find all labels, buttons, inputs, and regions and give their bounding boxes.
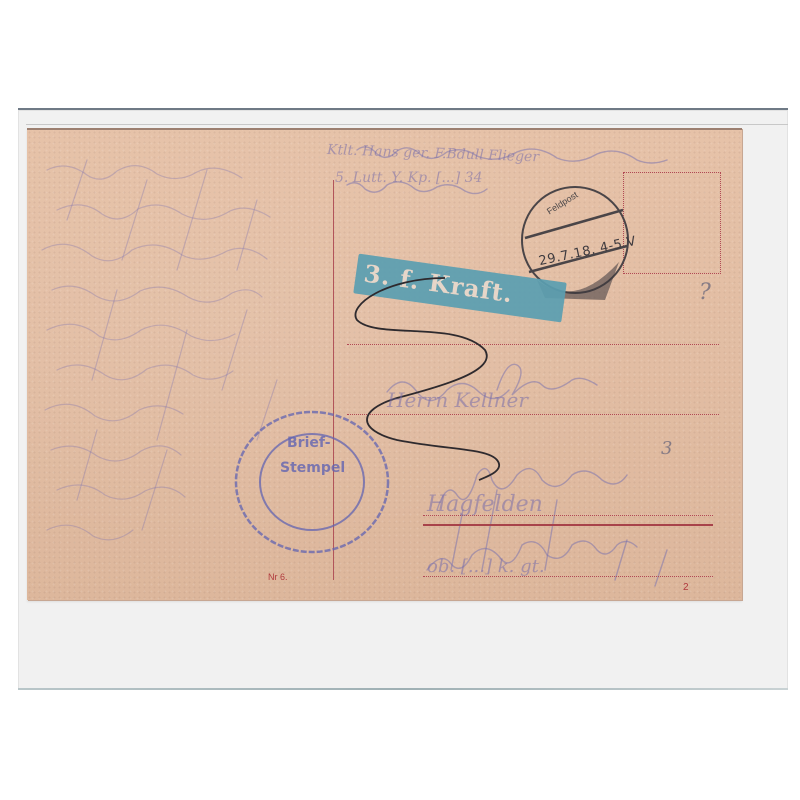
sleeve-edge-line — [26, 124, 788, 125]
brief-stempel-stamp — [232, 408, 392, 556]
address-line-3-underline — [423, 524, 713, 526]
page-marker: 2 — [683, 582, 689, 593]
stamp-text-brief: Brief- — [287, 435, 331, 451]
stamp-placement-box — [623, 172, 721, 274]
sender-line-2: 5. Lutt. Y. Kp. [...] 34 — [335, 170, 482, 186]
margin-question-mark: ? — [699, 280, 711, 305]
address-line-2 — [347, 414, 719, 415]
recipient-town: Hagfelden — [427, 492, 543, 517]
margin-number: 3 — [661, 438, 672, 459]
address-line-1 — [347, 344, 719, 345]
recipient-detail: ob. [...] k. gt. — [427, 556, 545, 577]
form-number: Nr 6. — [268, 572, 288, 582]
recipient-name: Herrn Kellner — [387, 388, 528, 412]
stamp-text-stempel: Stempel — [280, 460, 345, 476]
postcard: Nr 6. 2 Feldpost 29.7.18. 4-5 V 3. f. Kr… — [27, 128, 742, 600]
